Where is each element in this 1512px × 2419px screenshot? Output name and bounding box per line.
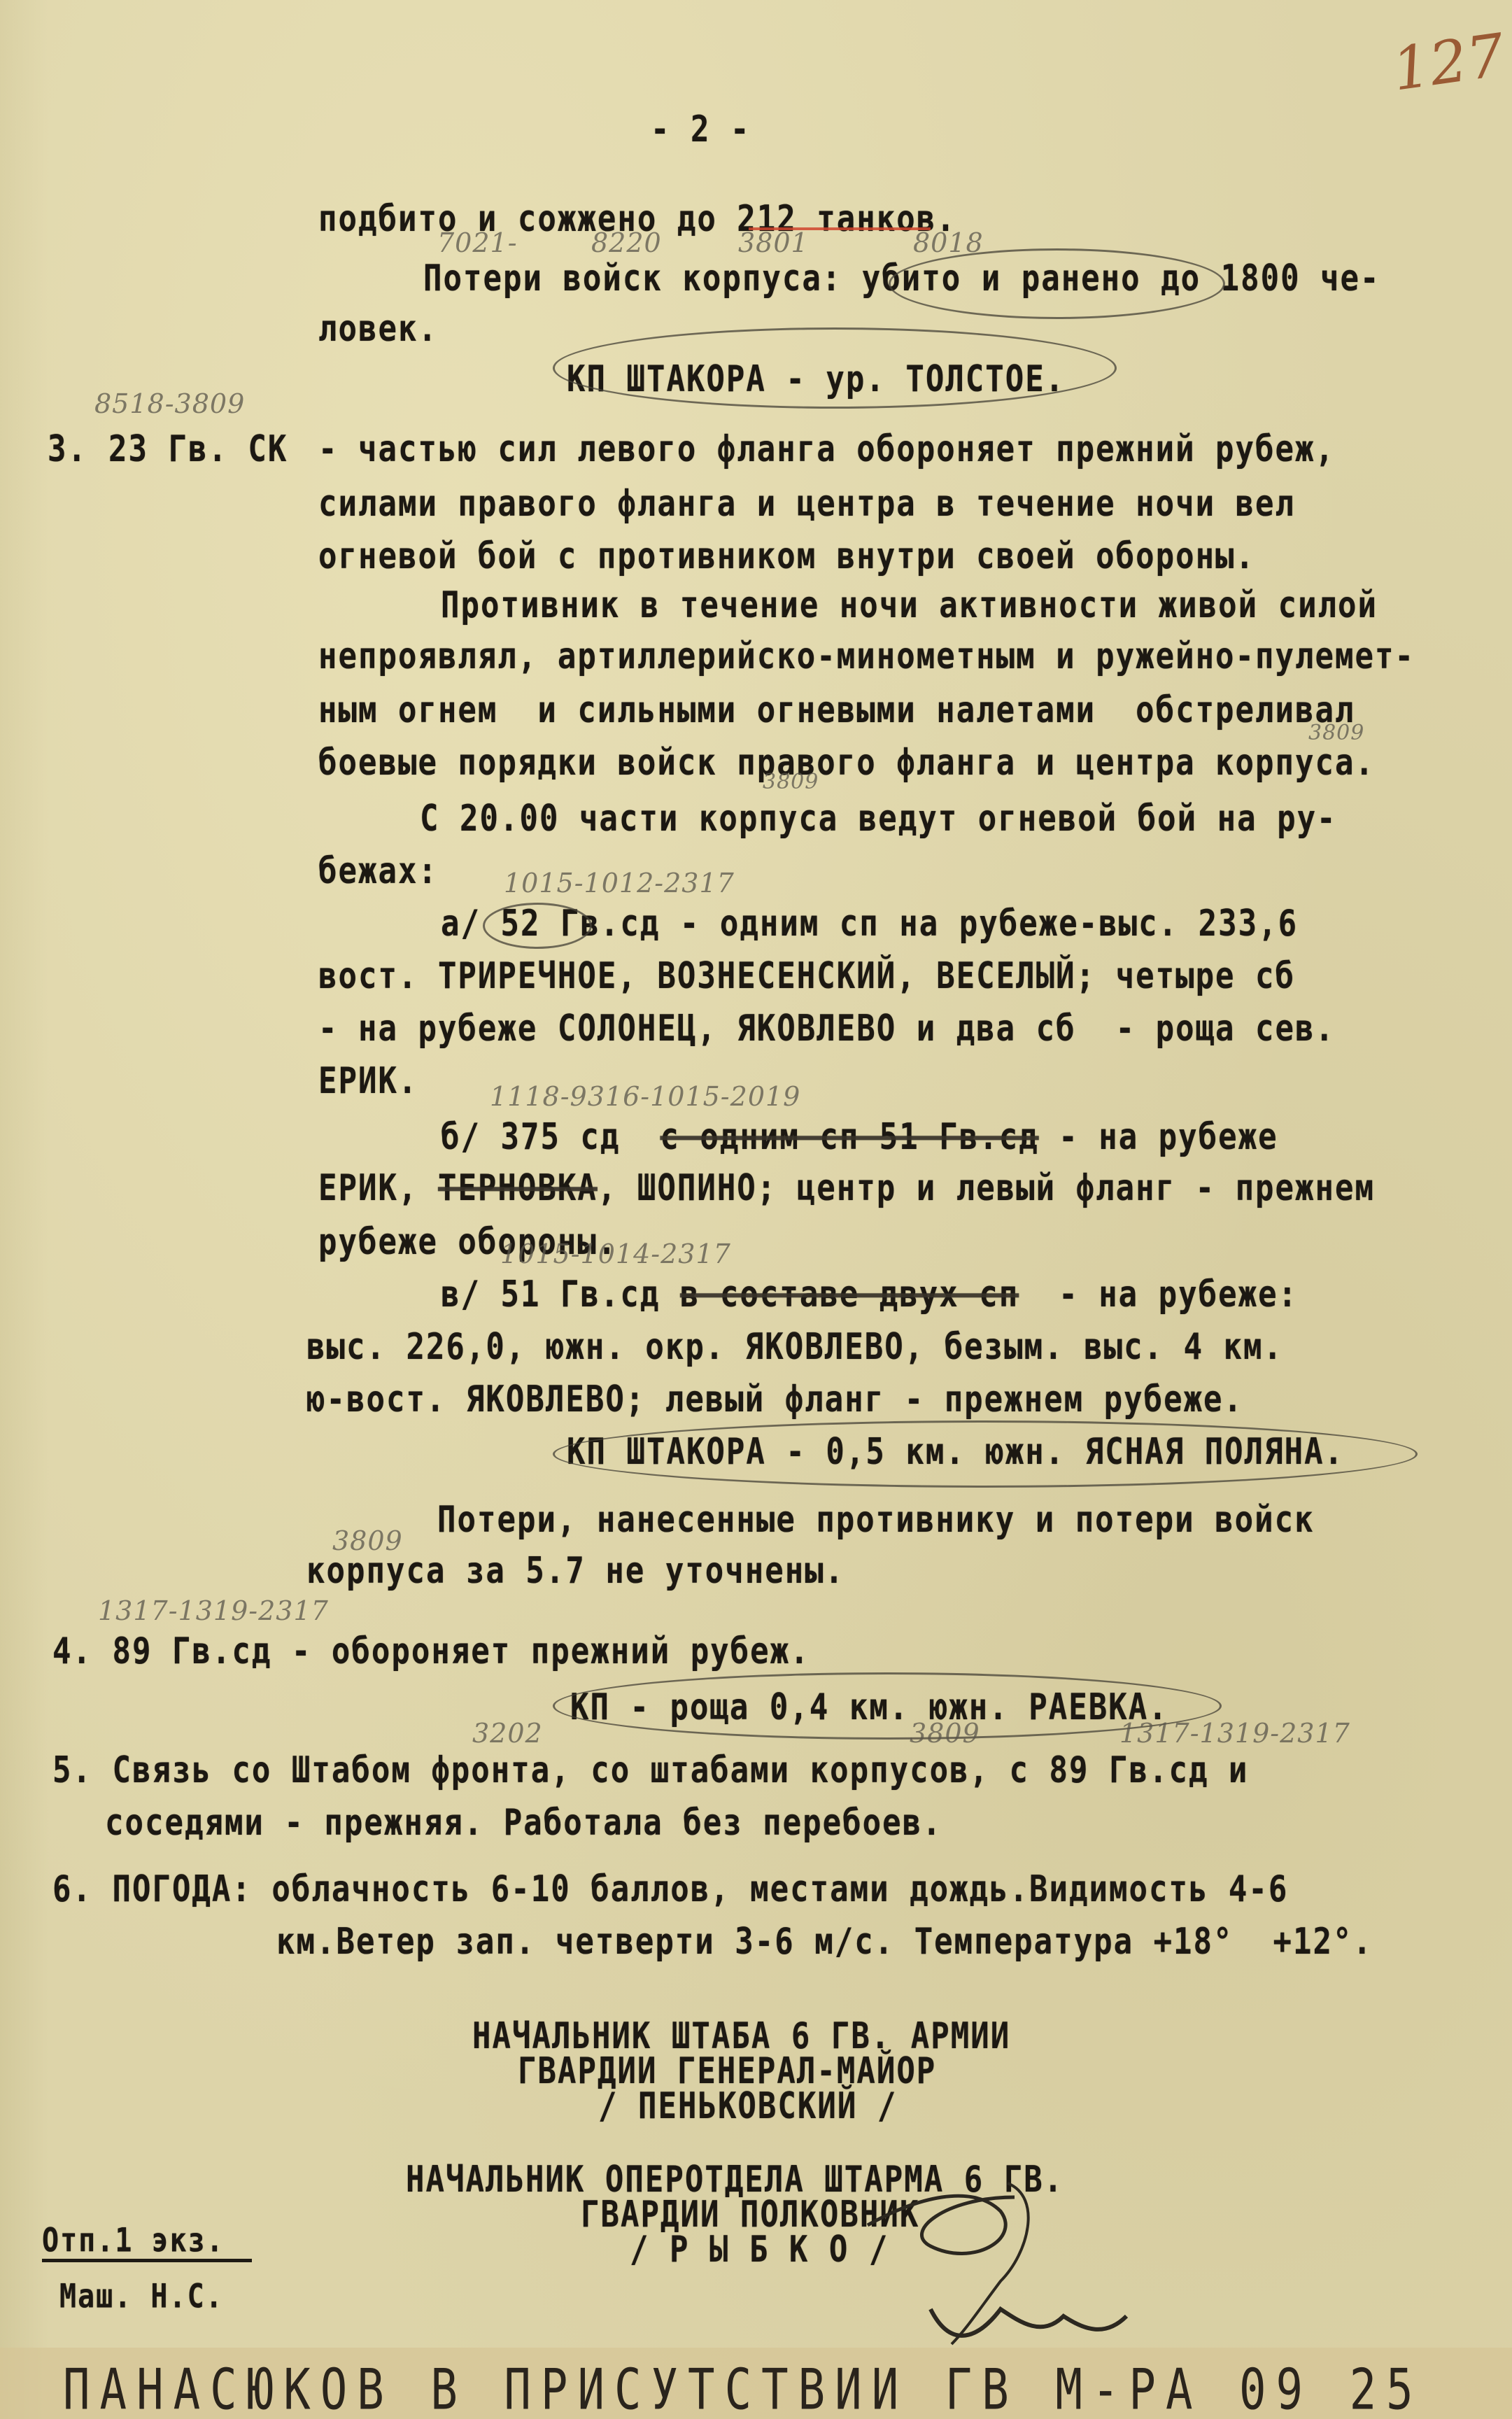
section-3-line-2: силами правого фланга и центра в течение…: [318, 483, 1295, 525]
b-text-post: - на рубеже: [1039, 1116, 1278, 1158]
section-6-line-1: 6. ПОГОДА: облачность 6-10 баллов, места…: [52, 1868, 1288, 1910]
subitem-v-line-1: в/ 51 Гв.сд в составе двух сп - на рубеж…: [441, 1274, 1298, 1316]
subitem-b-line-1: б/ 375 сд с одним сп 51 Гв.сд - на рубеж…: [441, 1116, 1278, 1158]
pencil-oval: [553, 1420, 1418, 1488]
section-5-line-2: соседями - прежняя. Работала без перебое…: [105, 1802, 942, 1844]
section-3-fire-1: С 20.00 части корпуса ведут огневой бой …: [420, 798, 1337, 840]
telegraph-tape-text: ПАНАСЮКОВ В ПРИСУТСТВИИ ГВ М-РА 09 25: [63, 2358, 1423, 2419]
signature-1-name: / ПЕНЬКОВСКИЙ /: [598, 2085, 897, 2127]
signature-2-name: / Р Ы Б К О /: [630, 2229, 889, 2271]
text-losses-2: ловек.: [318, 308, 438, 350]
section-3-unit: 23 Гв. СК: [108, 428, 288, 470]
section-3-losses-2: корпуса за 5.7 не уточнены.: [306, 1550, 845, 1592]
v-text-post: - на рубеже:: [1019, 1274, 1298, 1316]
section-3-line-3: огневой бой с противником внутри своей о…: [318, 535, 1255, 577]
section-5-line-1: 5. Связь со Штабом фронта, со штабами ко…: [52, 1749, 1248, 1791]
subitem-b-line-2: ЕРИК, ТЕРНОВКА, ШОПИНО; центр и левый фл…: [318, 1167, 1375, 1209]
pencil-code: 1015-1012-2317: [504, 868, 735, 898]
pencil-code: 1015-1014-2317: [500, 1239, 731, 1269]
copies-note: Отп.1 экз.: [42, 2222, 225, 2259]
v-struck-text: в составе двух сп: [680, 1274, 1019, 1316]
pencil-code: 1317-1319-2317: [98, 1595, 329, 1626]
pencil-code: 1317-1319-2317: [1119, 1718, 1350, 1749]
subitem-v-line-2: выс. 226,0, южн. окр. ЯКОВЛЕВО, безым. в…: [306, 1326, 1283, 1368]
pencil-code: 1118-9316-1015-2019: [490, 1081, 800, 1112]
subitem-a-line-3: - на рубеже СОЛОНЕЦ, ЯКОВЛЕВО и два сб -…: [318, 1008, 1335, 1050]
pencil-code: 3801: [738, 227, 809, 258]
section-6-line-2: км.Ветер зап. четверти 3-6 м/с. Температ…: [276, 1921, 1373, 1963]
subitem-a-line-2: вост. ТРИРЕЧНОЕ, ВОЗНЕСЕНСКИЙ, ВЕСЕЛЫЙ; …: [318, 955, 1295, 997]
b2-text-post: , ШОПИНО; центр и левый фланг - прежнем: [598, 1167, 1375, 1209]
pencil-code: 8518-3809: [94, 388, 245, 419]
pencil-code: 7021-: [437, 227, 518, 258]
b-struck-text: с одним сп 51 Гв.сд: [660, 1116, 1038, 1158]
page-marker: - 2 -: [651, 108, 750, 150]
section-3-fire-2: бежах:: [318, 850, 438, 892]
b-text-pre: б/ 375 сд: [441, 1116, 660, 1158]
pencil-oval: [483, 903, 592, 949]
section-3-enemy-2: непроявлял, артиллерийско-минометным и р…: [318, 635, 1415, 677]
archive-page-number: 127: [1388, 20, 1509, 104]
typist-note: Маш. Н.С.: [59, 2278, 224, 2315]
section-3-enemy-3: ным огнем и сильными огневыми налетами о…: [318, 689, 1355, 731]
subitem-v-line-3: ю-вост. ЯКОВЛЕВО; левый фланг - прежнем …: [306, 1378, 1243, 1420]
section-4: 4. 89 Гв.сд - обороняет прежний рубеж.: [52, 1630, 810, 1672]
section-3-enemy-1: Противник в течение ночи активности живо…: [441, 584, 1378, 626]
section-3-number: 3.: [48, 428, 87, 470]
b2-struck-text: ТЕРНОВКА: [438, 1167, 598, 1209]
handwritten-signature: [861, 2169, 1224, 2351]
subitem-a-line-4: ЕРИК.: [318, 1060, 418, 1102]
pencil-code: 8220: [591, 227, 662, 258]
section-3-enemy-4: боевые порядки войск правого фланга и це…: [318, 742, 1375, 784]
b2-text-pre: ЕРИК,: [318, 1167, 438, 1209]
copies-underline: [42, 2259, 252, 2262]
pencil-oval: [889, 248, 1225, 319]
pencil-code: 3809: [763, 770, 819, 794]
v-text-pre: в/ 51 Гв.сд: [441, 1274, 680, 1316]
pencil-code: 3809: [910, 1718, 980, 1749]
section-3-line-1: - частью сил левого фланга обороняет пре…: [318, 428, 1335, 470]
pencil-oval: [553, 327, 1117, 409]
pencil-code: 3202: [472, 1718, 543, 1749]
section-3-losses-1: Потери, нанесенные противнику и потери в…: [437, 1499, 1315, 1541]
